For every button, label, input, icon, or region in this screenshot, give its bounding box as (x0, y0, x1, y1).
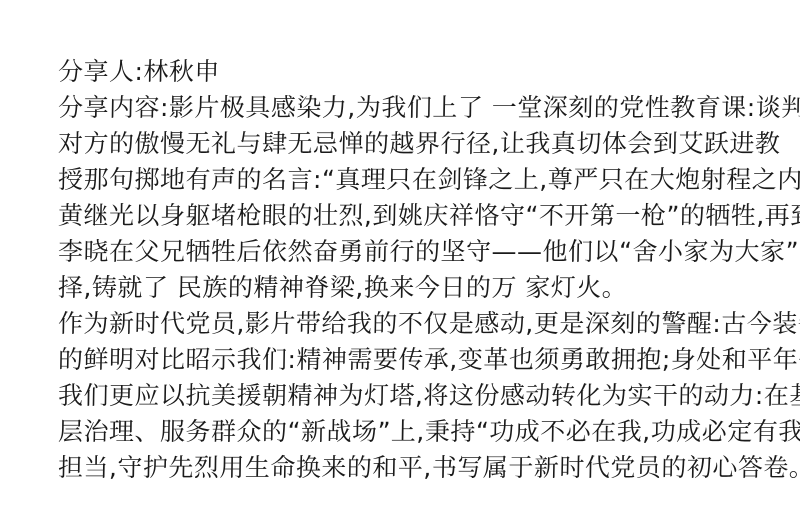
text-line: 的鲜明对比昭示我们:精神需要传承,变革也须勇敢拥抱;身处和平年代, (58, 342, 765, 378)
text-line: 分享内容:影片极具感染力,为我们上了 一堂深刻的党性教育课:谈判桌上, (58, 90, 765, 126)
text-line: 层治理、服务群众的“新战场”上,秉持“功成不必在我,功成必定有我”的 (58, 414, 765, 450)
text-line: 授那句掷地有声的名言:“真理只在剑锋之上,尊严只在大炮射程之内。”从 (58, 162, 765, 198)
text-line: 择,铸就了 民族的精神脊梁,换来今日的万 家灯火。 (58, 270, 765, 306)
text-line: 黄继光以身躯堵枪眼的壮烈,到姚庆祥恪守“不开第一枪”的牺牲,再到 (58, 198, 765, 234)
text-line: 作为新时代党员,影片带给我的不仅是感动,更是深刻的警醒:古今装备 (58, 306, 765, 342)
sharer-name-line: 分享人:林秋申 (58, 54, 765, 90)
text-line: 李晓在父兄牺牲后依然奋勇前行的坚守——他们以“舍小家为大家”的抉 (58, 234, 765, 270)
handwritten-note: 分享人:林秋申 分享内容:影片极具感染力,为我们上了 一堂深刻的党性教育课:谈判… (58, 54, 764, 486)
text-line: 我们更应以抗美援朝精神为灯塔,将这份感动转化为实干的动力:在基 (58, 378, 765, 414)
text-line: 对方的傲慢无礼与肆无忌惮的越界行径,让我真切体会到艾跃进教 (58, 126, 765, 162)
text-line: 担当,守护先烈用生命换来的和平,书写属于新时代党员的初心答卷。 (58, 450, 765, 486)
page: { "page": { "background_color": "#ffffff… (0, 0, 800, 516)
